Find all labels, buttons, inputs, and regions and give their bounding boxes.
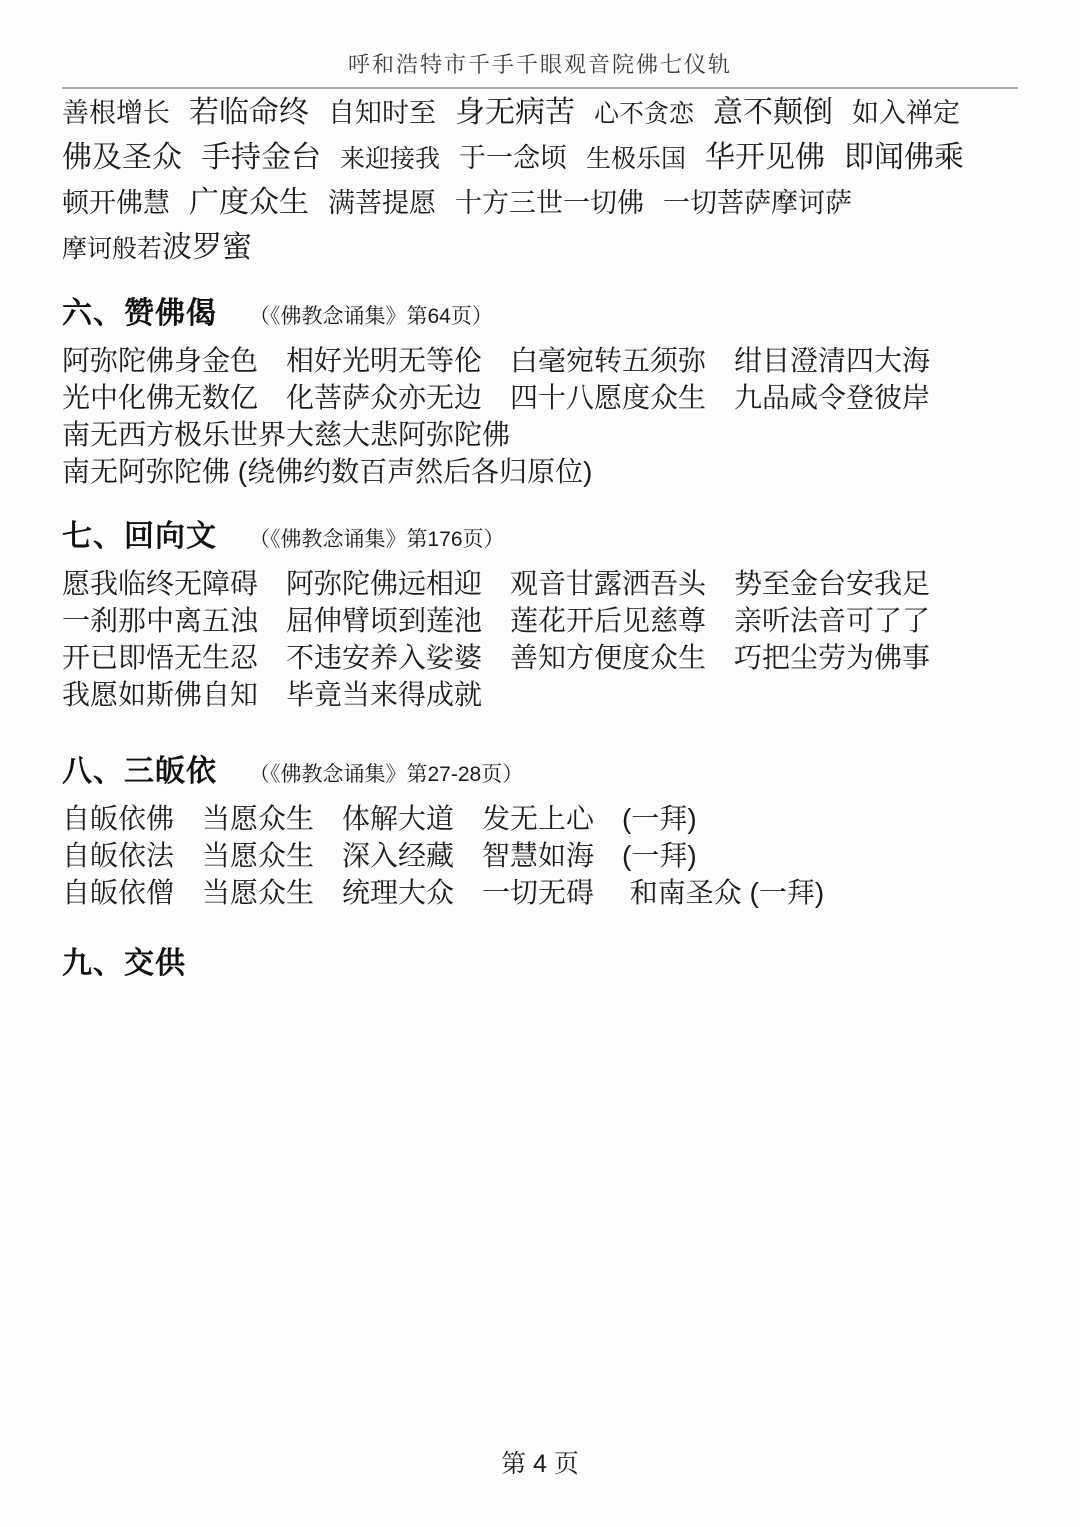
page-number: 第 4 页	[0, 1444, 1080, 1480]
text-segment: 于一念顷	[459, 138, 567, 178]
text-line: 阿弥陀佛身金色 相好光明无等伦 白毫宛转五须弥 绀目澄清四大海	[62, 342, 1018, 379]
section-heading: 八、三皈依 （《佛教念诵集》第27-28页）	[62, 755, 1018, 792]
intro-verse-line: 顿开佛慧广度众生满菩提愿十方三世一切佛一切菩萨摩诃萨	[62, 183, 1018, 228]
text-line: 愿我临终无障碍 阿弥陀佛远相迎 观音甘露洒吾头 势至金台安我足	[62, 565, 1018, 602]
text-segment: 善根增长	[62, 93, 170, 133]
intro-verse-line: 摩诃般若波罗蜜	[62, 228, 1018, 273]
document-page: 呼和浩特市千手千眼观音院佛七仪轨 善根增长若临命终自知时至身无病苦心不贪恋意不颠…	[0, 0, 1080, 1527]
section-verse-lines: 自皈依佛 当愿众生 体解大道 发无上心 (一拜)自皈依法 当愿众生 深入经藏 智…	[62, 800, 1018, 911]
section-title: 六、赞佛偈	[62, 297, 217, 331]
text-line: 开已即悟无生忍 不违安养入娑婆 善知方便度众生 巧把尘劳为佛事	[62, 639, 1018, 676]
text-segment: 来迎接我	[340, 139, 440, 179]
section-heading: 六、赞佛偈 （《佛教念诵集》第64页）	[62, 297, 1018, 334]
text-segment: 波罗蜜	[162, 228, 252, 268]
header-divider	[62, 87, 1018, 89]
text-line: 自皈依法 当愿众生 深入经藏 智慧如海 (一拜)	[62, 837, 1018, 874]
section-title: 九、交供	[62, 947, 186, 981]
text-segment: 即闻佛乘	[844, 138, 964, 178]
section-verse-lines: 愿我临终无障碍 阿弥陀佛远相迎 观音甘露洒吾头 势至金台安我足一刹那中离五浊 屈…	[62, 565, 1018, 713]
text-line: 我愿如斯佛自知 毕竟当来得成就	[62, 676, 1018, 713]
intro-verse-line: 佛及圣众手持金台来迎接我于一念顷生极乐国华开见佛即闻佛乘	[62, 138, 1018, 183]
document-header-title: 呼和浩特市千手千眼观音院佛七仪轨	[0, 0, 1080, 79]
section-verse-lines: 阿弥陀佛身金色 相好光明无等伦 白毫宛转五须弥 绀目澄清四大海光中化佛无数亿 化…	[62, 342, 1018, 490]
intro-verse-line: 善根增长若临命终自知时至身无病苦心不贪恋意不颠倒如入禅定	[62, 93, 1018, 138]
text-segment: 满菩提愿	[328, 183, 436, 223]
text-line: 南无西方极乐世界大慈大悲阿弥陀佛	[62, 416, 1018, 453]
section-heading: 七、回向文 （《佛教念诵集》第176页）	[62, 520, 1018, 557]
text-line: 自皈依僧 当愿众生 统理大众 一切无碍 和南圣众 (一拜)	[62, 874, 1018, 911]
text-segment: 心不贪恋	[594, 94, 694, 134]
text-line: 一刹那中离五浊 屈伸臂顷到莲池 莲花开后见慈尊 亲听法音可了了	[62, 602, 1018, 639]
text-segment: 十方三世一切佛	[455, 183, 644, 223]
text-segment: 佛及圣众	[62, 138, 182, 178]
document-body: 善根增长若临命终自知时至身无病苦心不贪恋意不颠倒如入禅定 佛及圣众手持金台来迎接…	[0, 93, 1080, 981]
text-line: 自皈依佛 当愿众生 体解大道 发无上心 (一拜)	[62, 800, 1018, 837]
text-segment: 摩诃般若	[62, 229, 162, 269]
section-source-reference: （《佛教念诵集》第176页）	[249, 523, 505, 557]
section-jiaogong: 九、交供	[62, 947, 1018, 981]
section-title: 七、回向文	[62, 520, 217, 554]
text-segment: 华开见佛	[705, 138, 825, 178]
section-title: 八、三皈依	[62, 755, 217, 789]
intro-verse-block: 善根增长若临命终自知时至身无病苦心不贪恋意不颠倒如入禅定 佛及圣众手持金台来迎接…	[62, 93, 1018, 273]
text-segment: 若临命终	[189, 93, 309, 133]
text-segment: 身无病苦	[455, 93, 575, 133]
text-segment: 意不颠倒	[713, 93, 833, 133]
text-segment: 手持金台	[201, 138, 321, 178]
section-source-reference: （《佛教念诵集》第27-28页）	[249, 758, 523, 792]
section-zanfoji: 六、赞佛偈 （《佛教念诵集》第64页） 阿弥陀佛身金色 相好光明无等伦 白毫宛转…	[62, 297, 1018, 490]
text-segment: 顿开佛慧	[62, 183, 170, 223]
text-segment: 广度众生	[189, 183, 309, 223]
section-sanguiyi: 八、三皈依 （《佛教念诵集》第27-28页） 自皈依佛 当愿众生 体解大道 发无…	[62, 755, 1018, 911]
text-segment: 一切菩萨摩诃萨	[663, 183, 852, 223]
text-line: 南无阿弥陀佛 (绕佛约数百声然后各归原位)	[62, 453, 1018, 490]
text-line: 光中化佛无数亿 化菩萨众亦无边 四十八愿度众生 九品咸令登彼岸	[62, 379, 1018, 416]
section-huixiangwen: 七、回向文 （《佛教念诵集》第176页） 愿我临终无障碍 阿弥陀佛远相迎 观音甘…	[62, 520, 1018, 713]
text-segment: 生极乐国	[586, 139, 686, 179]
text-segment: 自知时至	[328, 93, 436, 133]
section-source-reference: （《佛教念诵集》第64页）	[249, 300, 493, 334]
section-heading: 九、交供	[62, 947, 1018, 981]
text-segment: 如入禅定	[852, 93, 960, 133]
